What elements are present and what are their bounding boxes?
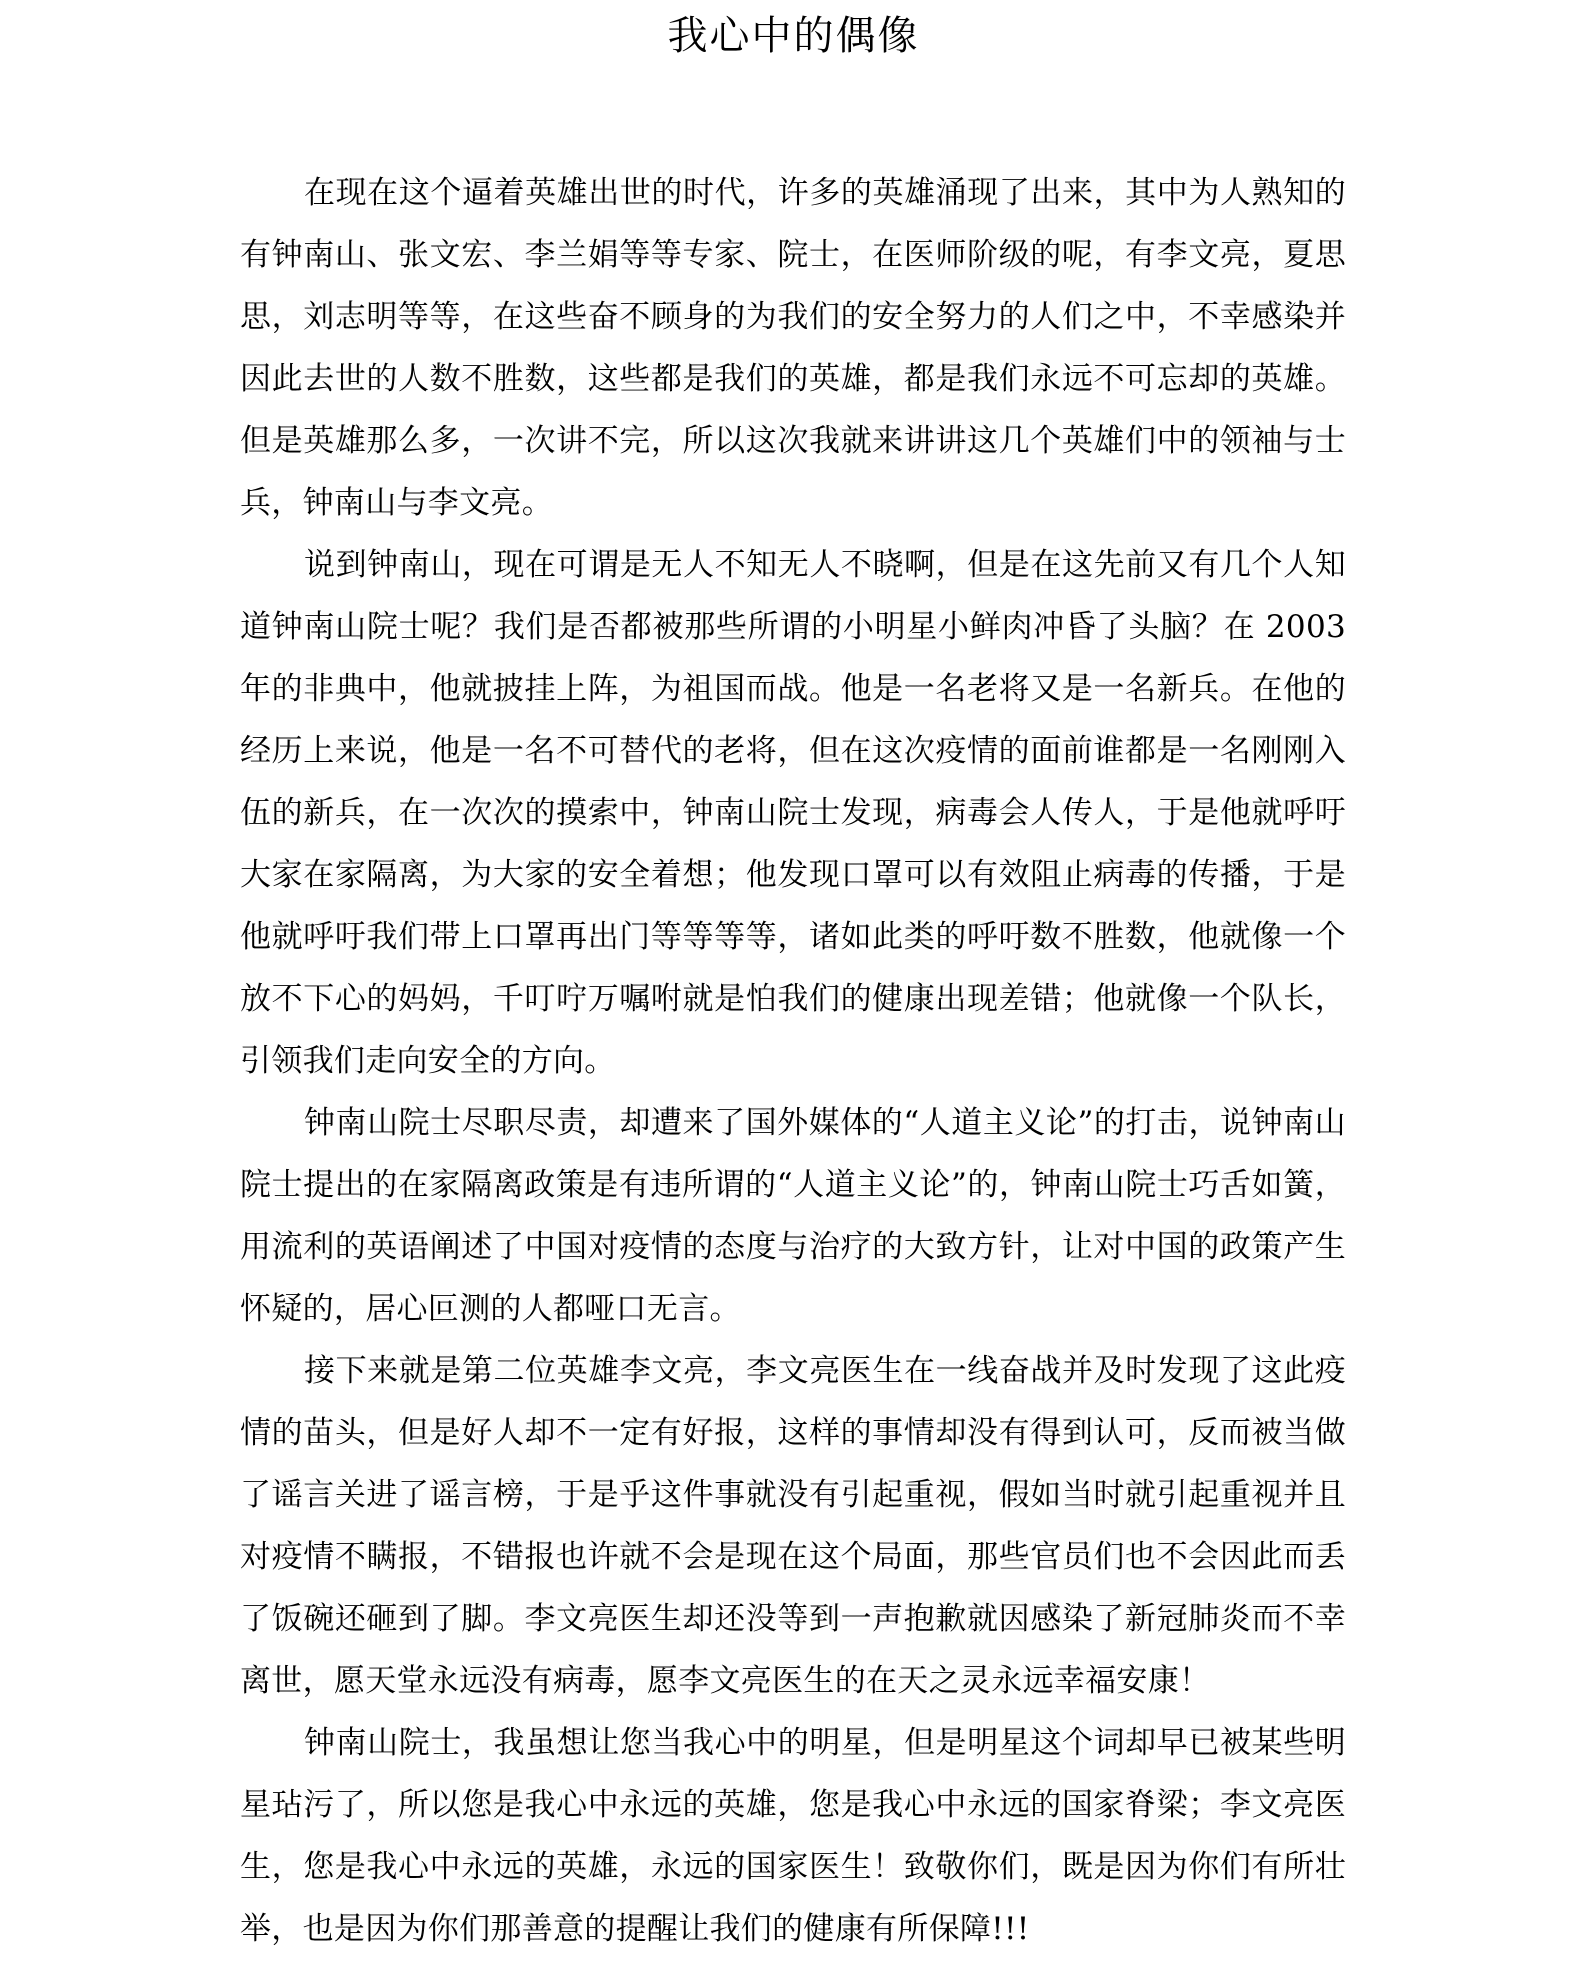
paragraph-conclusion: 钟南山院士，我虽想让您当我心中的明星，但是明星这个词却早已被某些明星玷污了，所以… [240, 1712, 1346, 1960]
paragraph-intro: 在现在这个逼着英雄出世的时代，许多的英雄涌现了出来，其中为人熟知的有钟南山、张文… [240, 162, 1346, 534]
essay-body: 在现在这个逼着英雄出世的时代，许多的英雄涌现了出来，其中为人熟知的有钟南山、张文… [240, 162, 1346, 1960]
paragraph-li-wenliang: 接下来就是第二位英雄李文亮，李文亮医生在一线奋战并及时发现了这此疫情的苗头，但是… [240, 1340, 1346, 1712]
paragraph-zhong-nanshan: 说到钟南山，现在可谓是无人不知无人不晓啊，但是在这先前又有几个人知道钟南山院士呢… [240, 534, 1346, 1092]
paragraph-humanitarian-debate: 钟南山院士尽职尽责，却遭来了国外媒体的“人道主义论”的打击，说钟南山院士提出的在… [240, 1092, 1346, 1340]
document-title: 我心中的偶像 [0, 8, 1587, 64]
